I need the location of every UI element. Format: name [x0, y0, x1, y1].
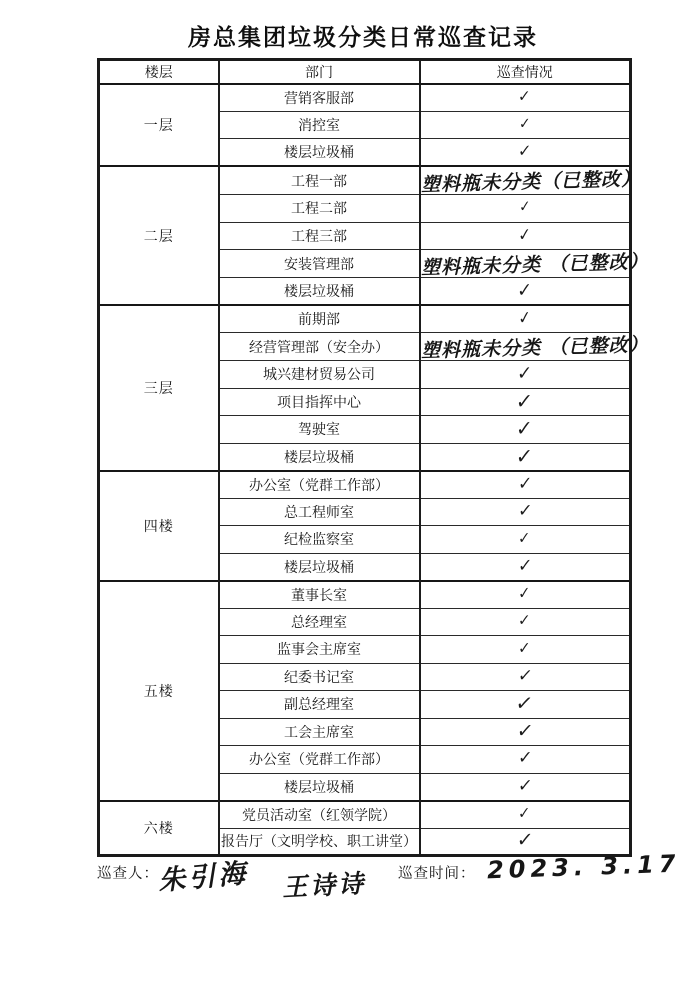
- status-cell: ✓: [420, 498, 631, 526]
- department-cell: 经营管理部（安全办）: [219, 333, 420, 361]
- status-cell: ✓: [420, 691, 631, 719]
- page-title: 房总集团垃圾分类日常巡查记录: [97, 19, 629, 52]
- checkmark-icon: ✓: [516, 668, 533, 685]
- department-cell: 楼层垃圾桶: [219, 773, 420, 801]
- department-cell: 董事长室: [219, 581, 420, 609]
- table-row: 二层工程一部塑料瓶未分类（已整改）: [99, 166, 631, 195]
- department-cell: 工程一部: [219, 166, 420, 195]
- checkmark-icon: ✓: [515, 722, 534, 741]
- department-cell: 纪委书记室: [219, 663, 420, 691]
- department-cell: 消控室: [219, 111, 420, 139]
- status-cell: ✓: [420, 828, 631, 856]
- table-row: 六楼党员活动室（红领学院）✓: [99, 801, 631, 829]
- status-cell: ✓: [420, 388, 631, 416]
- status-cell: ✓: [420, 139, 631, 167]
- floor-cell: 二层: [99, 166, 219, 305]
- department-cell: 工程三部: [219, 222, 420, 250]
- status-cell: ✓: [420, 663, 631, 691]
- status-cell: ✓: [420, 718, 631, 746]
- status-cell: ✓: [420, 581, 631, 609]
- checkmark-icon: ✓: [518, 142, 532, 159]
- status-cell: ✓: [420, 471, 631, 499]
- checkmark-icon: ✓: [519, 805, 531, 822]
- checkmark-icon: ✓: [518, 585, 531, 602]
- department-cell: 办公室（党群工作部）: [219, 746, 420, 774]
- status-cell: ✓: [420, 636, 631, 664]
- department-cell: 驾驶室: [219, 416, 420, 444]
- status-cell: ✓: [420, 195, 631, 223]
- checkmark-icon: ✓: [515, 693, 535, 713]
- department-cell: 楼层垃圾桶: [219, 139, 420, 167]
- department-cell: 总经理室: [219, 608, 420, 636]
- header-row: 楼层 部门 巡查情况: [99, 60, 631, 84]
- department-cell: 副总经理室: [219, 691, 420, 719]
- floor-cell: 一层: [99, 84, 219, 167]
- department-cell: 监事会主席室: [219, 636, 420, 664]
- department-cell: 报告厅（文明学校、职工讲堂）: [219, 828, 420, 856]
- inspection-date-handwritten: 2023. 3.17: [487, 850, 681, 885]
- status-cell: ✓: [420, 746, 631, 774]
- checkmark-icon: ✓: [516, 390, 534, 411]
- header-floor: 楼层: [99, 60, 219, 84]
- checkmark-icon: ✓: [517, 750, 532, 768]
- checkmark-icon: ✓: [518, 640, 531, 657]
- table-header: 楼层 部门 巡查情况: [99, 60, 631, 84]
- checkmark-icon: ✓: [517, 502, 532, 520]
- inspection-table-body: 一层营销客服部✓消控室✓楼层垃圾桶✓二层工程一部塑料瓶未分类（已整改）工程二部✓…: [99, 84, 631, 856]
- checkmark-icon: ✓: [518, 225, 532, 244]
- checkmark-icon: ✓: [517, 308, 532, 327]
- checkmark-icon: ✓: [517, 280, 532, 300]
- checkmark-icon: ✓: [518, 613, 531, 629]
- table-row: 一层营销客服部✓: [99, 84, 631, 112]
- checkmark-icon: ✓: [518, 88, 531, 104]
- department-cell: 项目指挥中心: [219, 388, 420, 416]
- handwritten-note: 塑料瓶未分类 （已整改）: [420, 247, 648, 280]
- floor-cell: 三层: [99, 305, 219, 471]
- department-cell: 楼层垃圾桶: [219, 443, 420, 471]
- header-inspection-status: 巡查情况: [420, 60, 631, 84]
- checkmark-icon: ✓: [516, 445, 534, 466]
- scanned-inspection-record: 房总集团垃圾分类日常巡查记录 楼层 部门 巡查情况 一层营销客服部✓消控室✓楼层…: [0, 0, 700, 989]
- status-cell: 塑料瓶未分类 （已整改）: [420, 250, 631, 278]
- department-cell: 楼层垃圾桶: [219, 278, 420, 306]
- status-cell: ✓: [420, 416, 631, 444]
- header-department: 部门: [219, 60, 420, 84]
- department-cell: 党员活动室（红领学院）: [219, 801, 420, 829]
- table-row: 五楼董事长室✓: [99, 581, 631, 609]
- checkmark-icon: ✓: [517, 364, 533, 384]
- department-cell: 纪检监察室: [219, 526, 420, 554]
- status-cell: ✓: [420, 553, 631, 581]
- status-cell: ✓: [420, 305, 631, 333]
- checkmark-icon: ✓: [516, 417, 533, 439]
- status-cell: ✓: [420, 222, 631, 250]
- department-cell: 营销客服部: [219, 84, 420, 112]
- checkmark-icon: ✓: [519, 530, 531, 547]
- status-cell: ✓: [420, 608, 631, 636]
- handwritten-note: 塑料瓶未分类 （已整改）: [420, 330, 648, 363]
- status-cell: ✓: [420, 84, 631, 112]
- inspector-label: 巡查人：: [97, 862, 159, 883]
- table-row: 四楼办公室（党群工作部）✓: [99, 471, 631, 499]
- status-cell: ✓: [420, 278, 631, 306]
- status-cell: ✓: [420, 361, 631, 389]
- status-cell: ✓: [420, 111, 631, 139]
- department-cell: 前期部: [219, 305, 420, 333]
- department-cell: 工会主席室: [219, 718, 420, 746]
- status-cell: ✓: [420, 526, 631, 554]
- inspection-time-label: 巡查时间：: [398, 862, 476, 883]
- status-cell: ✓: [420, 801, 631, 829]
- checkmark-icon: ✓: [519, 116, 531, 132]
- department-cell: 工程二部: [219, 195, 420, 223]
- checkmark-icon: ✓: [517, 475, 532, 494]
- status-cell: ✓: [420, 773, 631, 801]
- department-cell: 安装管理部: [219, 250, 420, 278]
- status-cell: 塑料瓶未分类（已整改）: [420, 166, 631, 195]
- floor-cell: 四楼: [99, 471, 219, 581]
- floor-cell: 五楼: [99, 581, 219, 801]
- checkmark-icon: ✓: [517, 557, 532, 575]
- department-cell: 楼层垃圾桶: [219, 553, 420, 581]
- inspection-table: 楼层 部门 巡查情况 一层营销客服部✓消控室✓楼层垃圾桶✓二层工程一部塑料瓶未分…: [97, 58, 632, 857]
- inspector-signature-1: 朱引海: [156, 851, 249, 898]
- table-row: 三层前期部✓: [99, 305, 631, 333]
- department-cell: 办公室（党群工作部）: [219, 471, 420, 499]
- checkmark-icon: ✓: [516, 831, 534, 851]
- checkmark-icon: ✓: [517, 777, 533, 795]
- department-cell: 城兴建材贸易公司: [219, 361, 420, 389]
- handwritten-note: 塑料瓶未分类（已整改）: [420, 164, 641, 197]
- floor-cell: 六楼: [99, 801, 219, 856]
- inspector-signature-2: 王诗诗: [281, 864, 367, 904]
- checkmark-icon: ✓: [519, 199, 531, 215]
- department-cell: 总工程师室: [219, 498, 420, 526]
- status-cell: ✓: [420, 443, 631, 471]
- status-cell: 塑料瓶未分类 （已整改）: [420, 333, 631, 361]
